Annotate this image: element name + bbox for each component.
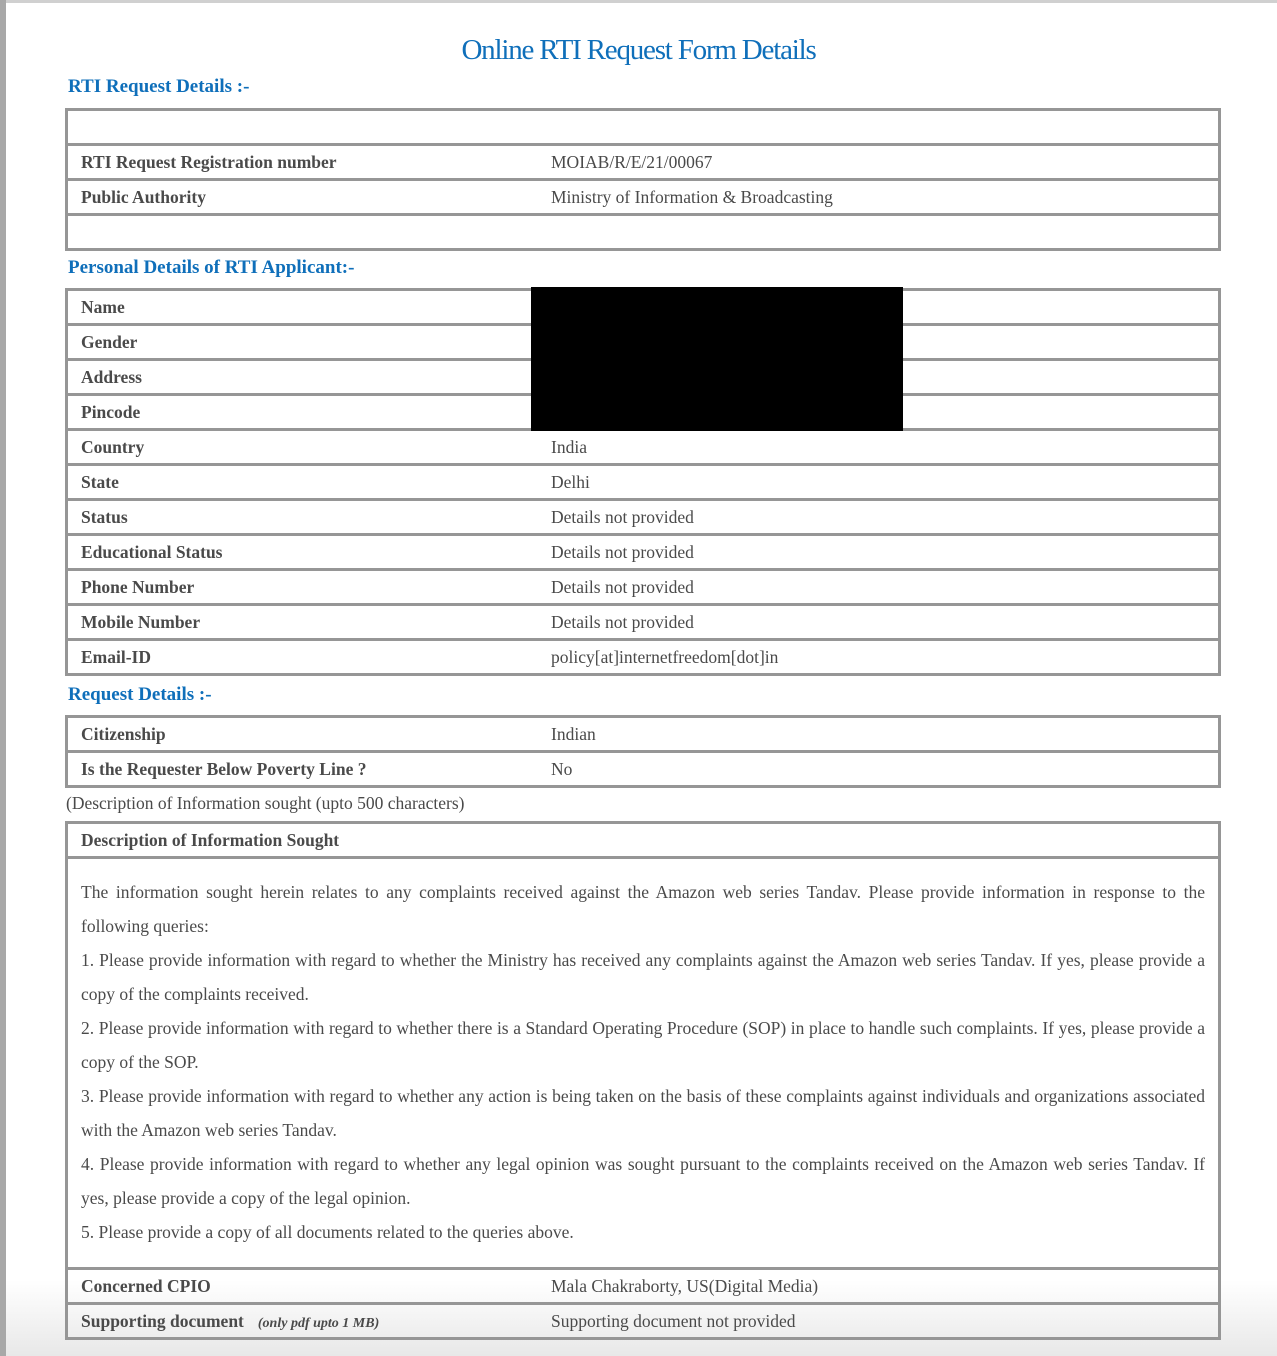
supporting-document-value: Supporting document not provided [538,1304,1220,1339]
row-label: Citizenship [67,717,539,752]
row-value: Details not provided [538,500,1220,535]
row-label: Public Authority [67,180,539,215]
row-value: Indian [538,717,1220,752]
description-paragraph: The information sought herein relates to… [81,875,1205,943]
table-row: CountryIndia [67,430,1220,465]
row-label: Gender [67,325,539,360]
table-row: Is the Requester Below Poverty Line ?No [67,752,1220,787]
section-heading-personal: Personal Details of RTI Applicant:- [68,257,354,279]
redaction-block [531,287,903,431]
row-label: Country [67,430,539,465]
supporting-label-text: Supporting document [81,1311,244,1331]
table-row: StatusDetails not provided [67,500,1220,535]
empty-row [67,215,1220,250]
request-details-table: CitizenshipIndian Is the Requester Below… [65,715,1221,788]
table-row: RTI Request Registration number MOIAB/R/… [67,145,1220,180]
description-body: The information sought herein relates to… [67,858,1220,1269]
supporting-document-label: Supporting document(only pdf upto 1 MB) [67,1304,539,1339]
row-label: Phone Number [67,570,539,605]
description-paragraph: 4. Please provide information with regar… [81,1147,1205,1215]
cpio-value: Mala Chakraborty, US(Digital Media) [538,1269,1220,1304]
description-header: Description of Information Sought [67,823,1220,858]
table-row: Mobile NumberDetails not provided [67,605,1220,640]
rti-request-table: RTI Request Registration number MOIAB/R/… [65,108,1221,251]
row-label: State [67,465,539,500]
row-value: Details not provided [538,570,1220,605]
row-label: Email-ID [67,640,539,675]
row-label: Status [67,500,539,535]
table-row: Educational StatusDetails not provided [67,535,1220,570]
page-title: Online RTI Request Form Details [0,34,1277,67]
supporting-note: (only pdf upto 1 MB) [258,1316,379,1331]
row-value: Delhi [538,465,1220,500]
description-table: Description of Information Sought The in… [65,821,1221,1340]
table-row: Phone NumberDetails not provided [67,570,1220,605]
row-value: Details not provided [538,605,1220,640]
row-label: Educational Status [67,535,539,570]
table-row: StateDelhi [67,465,1220,500]
row-value: No [538,752,1220,787]
section-heading-request: Request Details :- [68,684,212,706]
top-border [0,0,1277,3]
table-row: Public Authority Ministry of Information… [67,180,1220,215]
description-paragraph: 5. Please provide a copy of all document… [81,1215,1205,1249]
table-row: CitizenshipIndian [67,717,1220,752]
description-paragraph: 2. Please provide information with regar… [81,1011,1205,1079]
left-border [0,0,6,1356]
row-label: Address [67,360,539,395]
row-label: Name [67,290,539,325]
row-label: Is the Requester Below Poverty Line ? [67,752,539,787]
table-row: Supporting document(only pdf upto 1 MB) … [67,1304,1220,1339]
empty-row [67,110,1220,145]
row-label: Pincode [67,395,539,430]
row-value: India [538,430,1220,465]
description-hint: (Description of Information sought (upto… [66,793,465,814]
section-heading-rti-request: RTI Request Details :- [68,76,249,98]
cpio-label: Concerned CPIO [67,1269,539,1304]
description-paragraph: 1. Please provide information with regar… [81,943,1205,1011]
description-paragraph: 3. Please provide information with regar… [81,1079,1205,1147]
row-label: Mobile Number [67,605,539,640]
table-row: Concerned CPIO Mala Chakraborty, US(Digi… [67,1269,1220,1304]
table-row: Email-IDpolicy[at]internetfreedom[dot]in [67,640,1220,675]
public-authority: Ministry of Information & Broadcasting [538,180,1220,215]
row-label: RTI Request Registration number [67,145,539,180]
row-value: Details not provided [538,535,1220,570]
email-value: policy[at]internetfreedom[dot]in [538,640,1220,675]
registration-number: MOIAB/R/E/21/00067 [538,145,1220,180]
